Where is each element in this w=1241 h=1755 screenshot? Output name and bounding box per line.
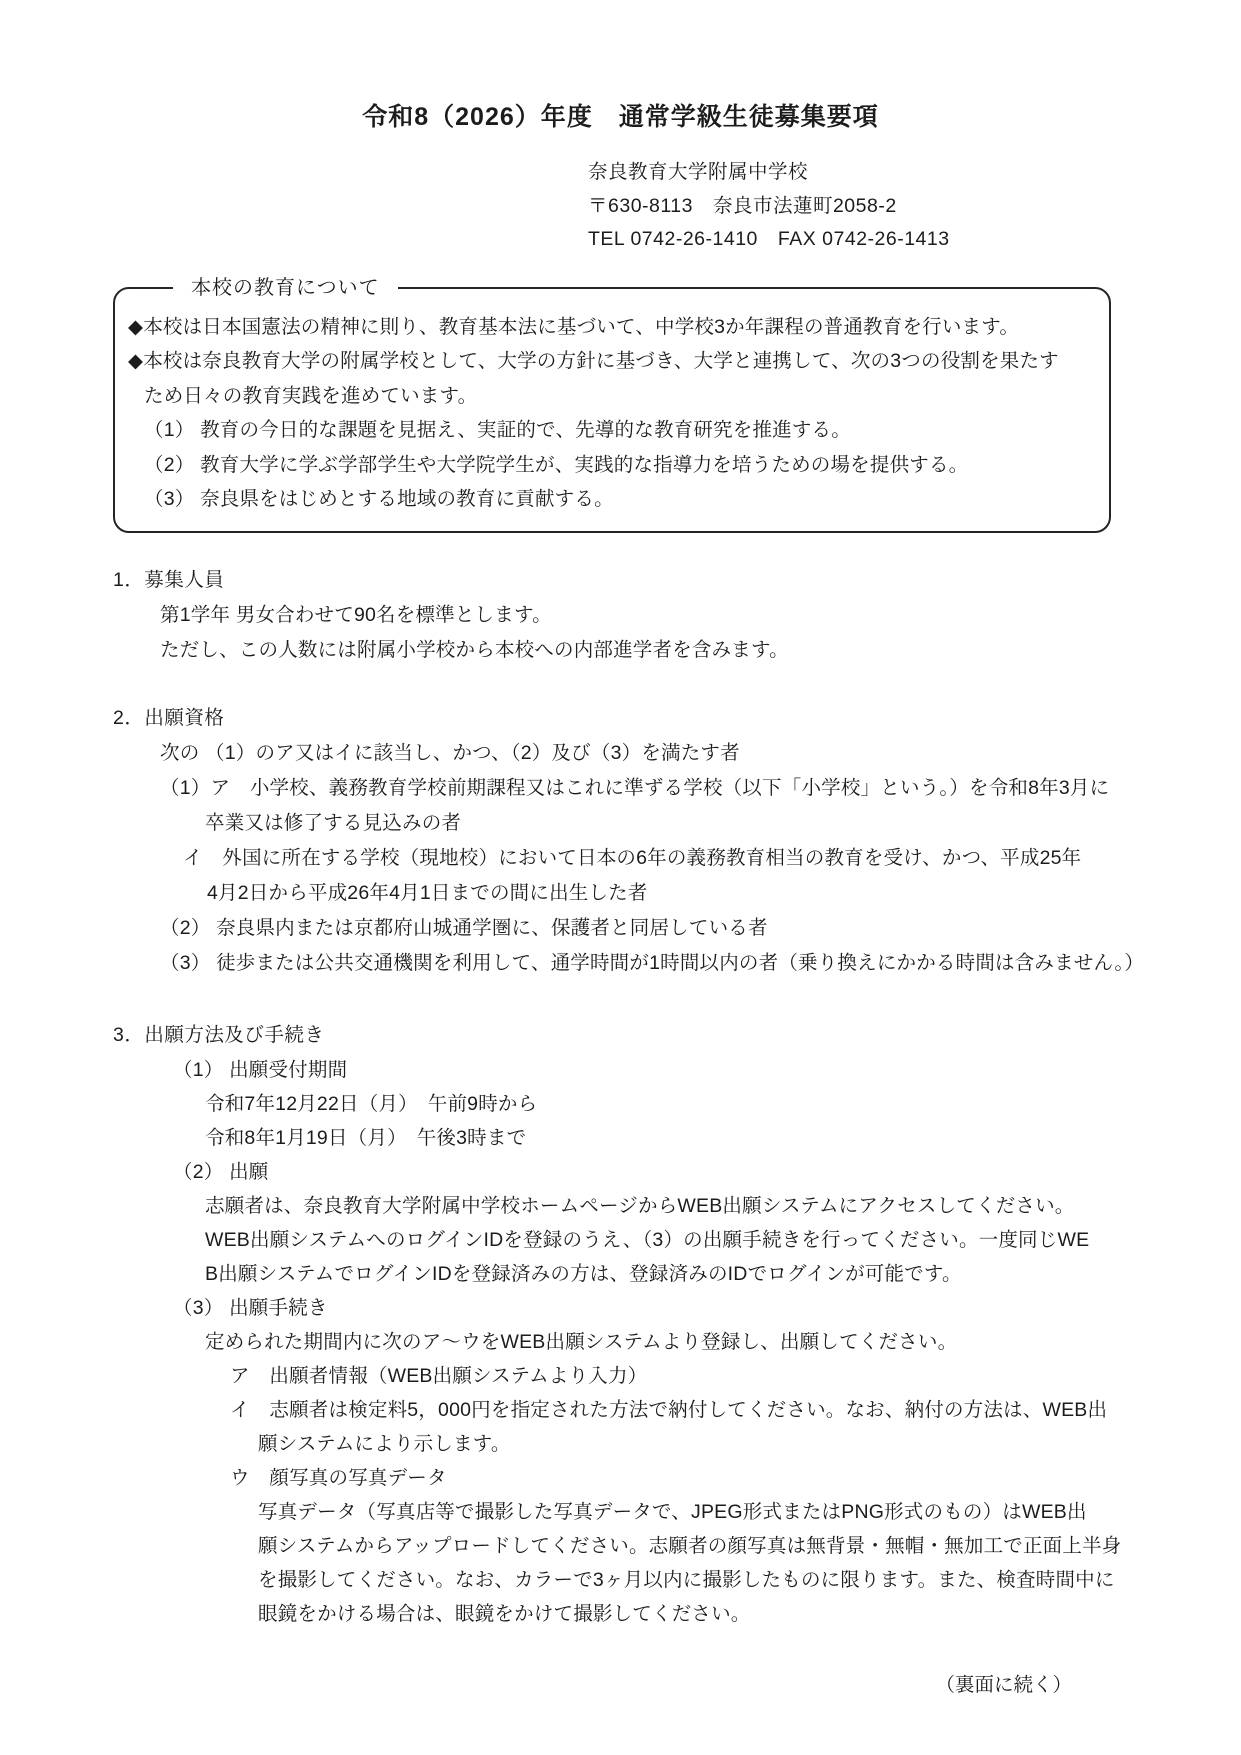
section-3-line: 写真データ（写真店等で撮影した写真データで、JPEG形式またはPNG形式のもの）… — [258, 1495, 1231, 1529]
section-3-line: （1） 出願受付期間 — [173, 1053, 1231, 1087]
section-3-line: 志願者は、奈良教育大学附属中学校ホームページからWEB出願システムにアクセスして… — [205, 1189, 1231, 1223]
section-3-line: ア 出願者情報（WEB出願システムより入力） — [230, 1359, 1231, 1393]
education-box-role-1: （1） 教育の今日的な課題を見据え、実証的で、先導的な教育研究を推進する。 — [144, 413, 1099, 448]
section-3-line: 願システムにより示します。 — [258, 1427, 1231, 1461]
section-2-line: 卒業又は修了する見込みの者 — [205, 806, 1231, 841]
document-title: 令和8（2026）年度 通常学級生徒募集要項 — [0, 0, 1241, 134]
section-3-line: イ 志願者は検定料5，000円を指定された方法で納付してください。なお、納付の方… — [230, 1393, 1231, 1427]
section-3-line: 願システムからアップロードしてください。志願者の顔写真は無背景・無帽・無加工で正… — [258, 1529, 1231, 1563]
section-3-line: 定められた期間内に次のア～ウをWEB出願システムより登録し、出願してください。 — [205, 1325, 1231, 1359]
section-2-line: 4月2日から平成26年4月1日までの間に出生した者 — [207, 876, 1231, 911]
school-name: 奈良教育大学附属中学校 — [588, 156, 1241, 190]
section-2-heading: 2．出願資格 — [113, 701, 1231, 736]
section-3-line: （2） 出願 — [173, 1155, 1231, 1189]
section-1-line: 第1学年 男女合わせて90名を標準とします。 — [160, 598, 1231, 633]
education-box-label: 本校の教育について — [173, 272, 398, 304]
section-2-line: 次の （1）のア又はイに該当し、かつ、（2）及び（3）を満たす者 — [160, 736, 1231, 771]
section-1-heading: 1．募集人員 — [113, 563, 1231, 598]
continued-on-back-note: （裏面に続く） — [0, 1668, 1241, 1703]
education-box-line-1: ◆本校は日本国憲法の精神に則り、教育基本法に基づいて、中学校3か年課程の普通教育… — [128, 310, 1099, 345]
education-box-line-2: ◆本校は奈良教育大学の附属学校として、大学の方針に基づき、大学と連携して、次の3… — [128, 344, 1099, 379]
section-1-line: ただし、この人数には附属小学校から本校への内部進学者を含みます。 — [160, 633, 1231, 668]
section-application-procedure: 3．出願方法及び手続き （1） 出願受付期間 令和7年12月22日（月） 午前9… — [113, 1018, 1231, 1631]
section-2-line: イ 外国に所在する学校（現地校）において日本の6年の義務教育相当の教育を受け、か… — [183, 841, 1231, 876]
school-info-block: 奈良教育大学附属中学校 〒630-8113 奈良市法蓮町2058-2 TEL 0… — [588, 156, 1241, 257]
education-box-line-3: ため日々の教育実践を進めています。 — [144, 379, 1099, 414]
section-3-line: 眼鏡をかける場合は、眼鏡をかけて撮影してください。 — [258, 1597, 1231, 1631]
section-2-line: （1）ア 小学校、義務教育学校前期課程又はこれに準ずる学校（以下「小学校」という… — [160, 771, 1231, 806]
education-box-role-3: （3） 奈良県をはじめとする地域の教育に貢献する。 — [144, 482, 1099, 517]
section-3-line: B出願システムでログインIDを登録済みの方は、登録済みのIDでログインが可能です… — [205, 1257, 1231, 1291]
section-3-line: ウ 顔写真の写真データ — [230, 1461, 1231, 1495]
education-policy-box: 本校の教育について ◆本校は日本国憲法の精神に則り、教育基本法に基づいて、中学校… — [113, 287, 1111, 533]
section-application-eligibility: 2．出願資格 次の （1）のア又はイに該当し、かつ、（2）及び（3）を満たす者 … — [113, 701, 1231, 981]
document-body: 1．募集人員 第1学年 男女合わせて90名を標準とします。 ただし、この人数には… — [113, 563, 1241, 1631]
section-3-line: 令和7年12月22日（月） 午前9時から — [205, 1087, 1231, 1121]
section-2-line: （2） 奈良県内または京都府山城通学圏に、保護者と同居している者 — [160, 911, 1231, 946]
school-tel-fax: TEL 0742-26-1410 FAX 0742-26-1413 — [588, 223, 1241, 257]
section-2-line: （3） 徒歩または公共交通機関を利用して、通学時間が1時間以内の者（乗り換えにか… — [160, 946, 1231, 981]
school-postal-address: 〒630-8113 奈良市法蓮町2058-2 — [588, 190, 1241, 224]
education-box-role-2: （2） 教育大学に学ぶ学部学生や大学院学生が、実践的な指導力を培うための場を提供… — [144, 448, 1099, 483]
document-page: 令和8（2026）年度 通常学級生徒募集要項 奈良教育大学附属中学校 〒630-… — [0, 0, 1241, 1755]
section-recruitment-numbers: 1．募集人員 第1学年 男女合わせて90名を標準とします。 ただし、この人数には… — [113, 563, 1231, 668]
section-3-line: （3） 出願手続き — [173, 1291, 1231, 1325]
section-3-line: を撮影してください。なお、カラーで3ヶ月以内に撮影したものに限ります。また、検査… — [258, 1563, 1231, 1597]
section-3-line: WEB出願システムへのログインIDを登録のうえ、（3）の出願手続きを行ってくださ… — [205, 1223, 1231, 1257]
section-3-line: 令和8年1月19日（月） 午後3時まで — [205, 1121, 1231, 1155]
section-3-heading: 3．出願方法及び手続き — [113, 1018, 1231, 1053]
